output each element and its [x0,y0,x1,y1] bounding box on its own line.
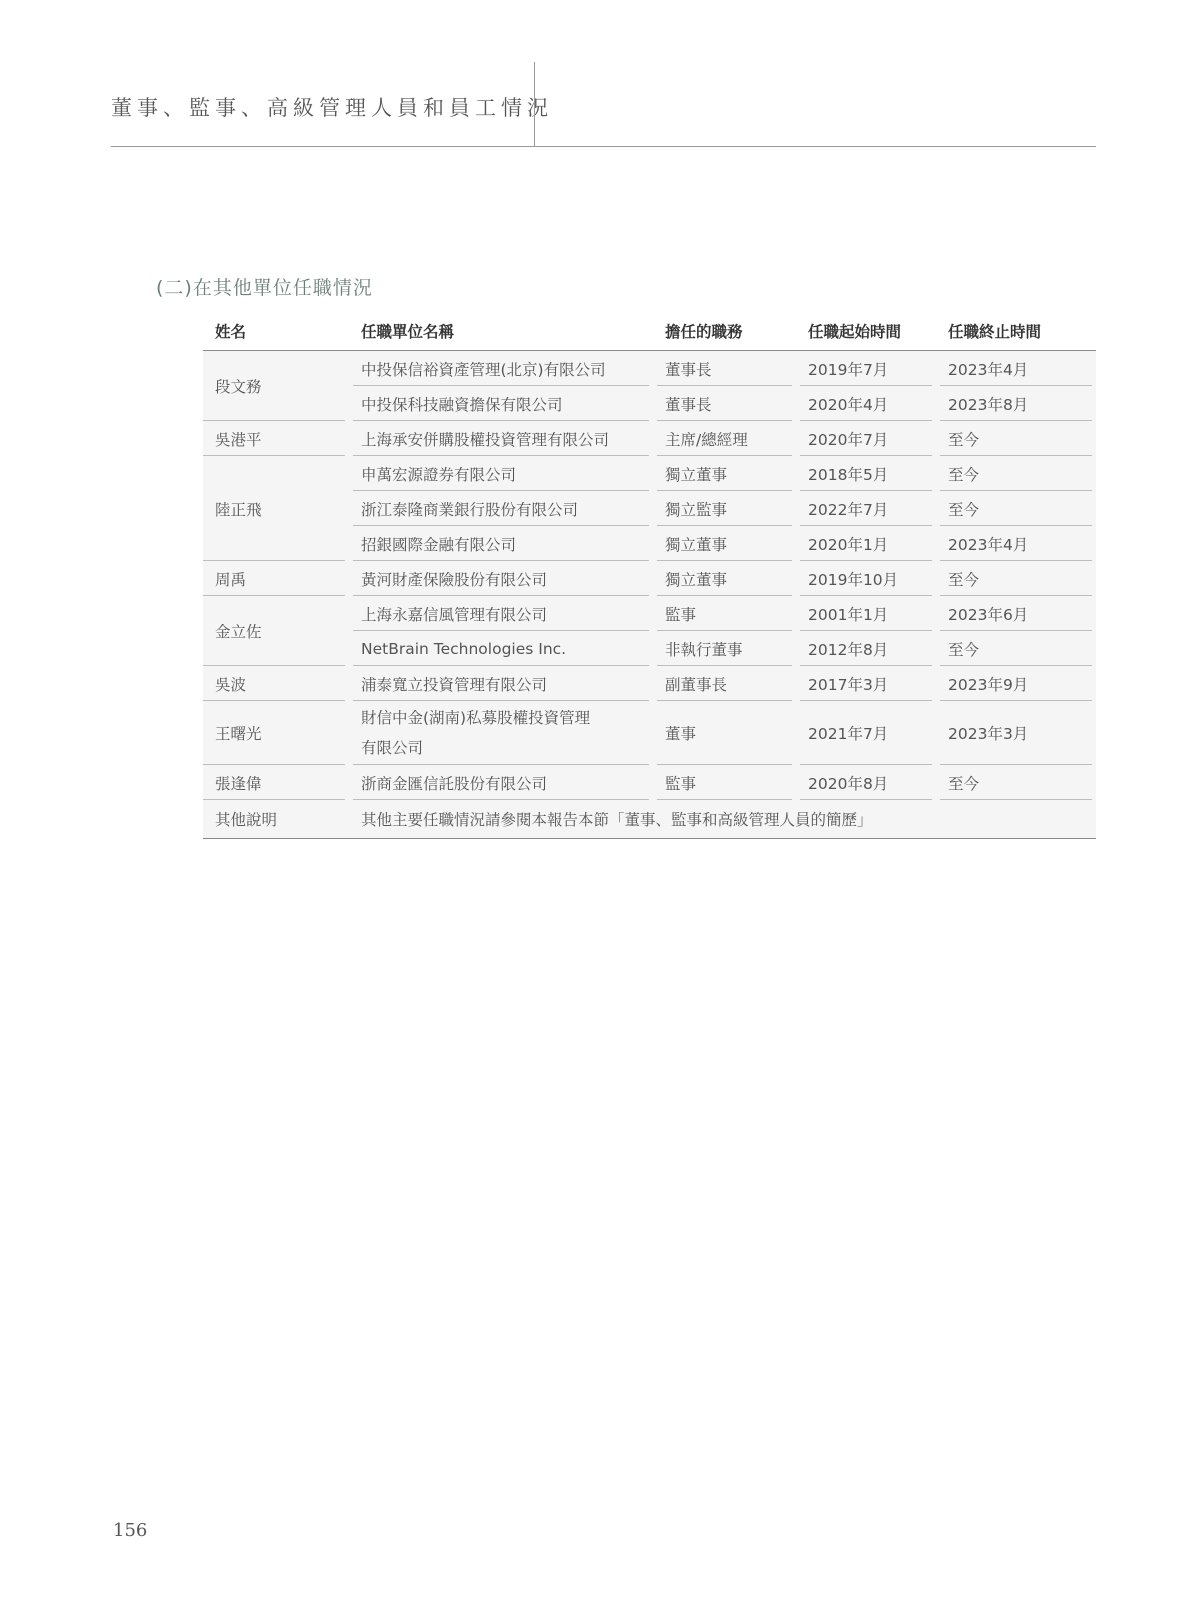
section-title: (二)在其他單位任職情況 [156,273,373,300]
column-header-company: 任職單位名稱 [349,312,653,351]
start-date-cell: 2019年10月 [796,561,936,596]
role-cell: 董事 [653,701,796,765]
end-date-cell: 2023年4月 [936,351,1096,386]
person-name: 吳港平 [203,421,349,456]
note-label: 其他說明 [203,800,349,839]
start-date-cell: 2001年1月 [796,596,936,631]
note-text: 其他主要任職情況請參閱本報告本節「董事、監事和高級管理人員的簡歷」 [349,800,1096,839]
company-cell: 上海承安併購股權投資管理有限公司 [349,421,653,456]
start-date-cell: 2019年7月 [796,351,936,386]
start-date-cell: 2012年8月 [796,631,936,666]
start-date-cell: 2020年4月 [796,386,936,421]
end-date-cell: 至今 [936,765,1096,800]
end-date-cell: 2023年4月 [936,526,1096,561]
positions-table: 姓名 任職單位名稱 擔任的職務 任職起始時間 任職終止時間 段文務 中投保信裕資… [203,312,1096,839]
person-name: 張逢偉 [203,765,349,800]
chapter-title: 董事、監事、高級管理人員和員工情況 [111,92,553,122]
role-cell: 獨立董事 [653,526,796,561]
table-row: 吳波 浦泰寬立投資管理有限公司 副董事長 2017年3月 2023年9月 [203,666,1096,701]
role-cell: 董事長 [653,386,796,421]
company-line-1: 財信中金(湖南)私募股權投資管理 [361,703,643,733]
column-header-name: 姓名 [203,312,349,351]
start-date-cell: 2022年7月 [796,491,936,526]
person-name: 王曙光 [203,701,349,765]
end-date-cell: 至今 [936,491,1096,526]
role-cell: 副董事長 [653,666,796,701]
end-date-cell: 至今 [936,456,1096,491]
company-cell: 黃河財產保險股份有限公司 [349,561,653,596]
start-date-cell: 2020年7月 [796,421,936,456]
page-number: 156 [113,1520,147,1541]
role-cell: 獨立董事 [653,561,796,596]
company-line-2: 有限公司 [361,733,643,763]
header-divider-horizontal [111,146,1096,147]
role-cell: 董事長 [653,351,796,386]
company-cell: 浦泰寬立投資管理有限公司 [349,666,653,701]
end-date-cell: 2023年6月 [936,596,1096,631]
company-cell: 浙商金匯信託股份有限公司 [349,765,653,800]
company-cell: 財信中金(湖南)私募股權投資管理 有限公司 [349,701,653,765]
column-header-start: 任職起始時間 [796,312,936,351]
person-name: 金立佐 [203,596,349,666]
table-note-row: 其他說明 其他主要任職情況請參閱本報告本節「董事、監事和高級管理人員的簡歷」 [203,800,1096,839]
company-cell: 申萬宏源證券有限公司 [349,456,653,491]
person-name: 吳波 [203,666,349,701]
role-cell: 監事 [653,596,796,631]
end-date-cell: 至今 [936,631,1096,666]
end-date-cell: 2023年8月 [936,386,1096,421]
column-header-end: 任職終止時間 [936,312,1096,351]
table-header-row: 姓名 任職單位名稱 擔任的職務 任職起始時間 任職終止時間 [203,312,1096,351]
company-cell: 中投保信裕資產管理(北京)有限公司 [349,351,653,386]
table-row: 陸正飛 申萬宏源證券有限公司 獨立董事 2018年5月 至今 [203,456,1096,491]
person-name: 陸正飛 [203,456,349,561]
table-row: 金立佐 上海永嘉信風管理有限公司 監事 2001年1月 2023年6月 [203,596,1096,631]
role-cell: 獨立董事 [653,456,796,491]
end-date-cell: 至今 [936,421,1096,456]
role-cell: 獨立監事 [653,491,796,526]
end-date-cell: 至今 [936,561,1096,596]
company-cell: 招銀國際金融有限公司 [349,526,653,561]
company-cell: 中投保科技融資擔保有限公司 [349,386,653,421]
table-row: 周禹 黃河財產保險股份有限公司 獨立董事 2019年10月 至今 [203,561,1096,596]
end-date-cell: 2023年3月 [936,701,1096,765]
company-cell: 浙江泰隆商業銀行股份有限公司 [349,491,653,526]
role-cell: 主席/總經理 [653,421,796,456]
person-name: 周禹 [203,561,349,596]
start-date-cell: 2017年3月 [796,666,936,701]
company-cell: 上海永嘉信風管理有限公司 [349,596,653,631]
table-row: 王曙光 財信中金(湖南)私募股權投資管理 有限公司 董事 2021年7月 202… [203,701,1096,765]
table-row: 段文務 中投保信裕資產管理(北京)有限公司 董事長 2019年7月 2023年4… [203,351,1096,386]
table-row: 吳港平 上海承安併購股權投資管理有限公司 主席/總經理 2020年7月 至今 [203,421,1096,456]
start-date-cell: 2021年7月 [796,701,936,765]
role-cell: 監事 [653,765,796,800]
column-header-role: 擔任的職務 [653,312,796,351]
start-date-cell: 2018年5月 [796,456,936,491]
person-name: 段文務 [203,351,349,421]
role-cell: 非執行董事 [653,631,796,666]
header-divider-vertical [534,62,535,147]
table-row: 張逢偉 浙商金匯信託股份有限公司 監事 2020年8月 至今 [203,765,1096,800]
start-date-cell: 2020年1月 [796,526,936,561]
start-date-cell: 2020年8月 [796,765,936,800]
company-cell: NetBrain Technologies Inc. [349,631,653,666]
end-date-cell: 2023年9月 [936,666,1096,701]
